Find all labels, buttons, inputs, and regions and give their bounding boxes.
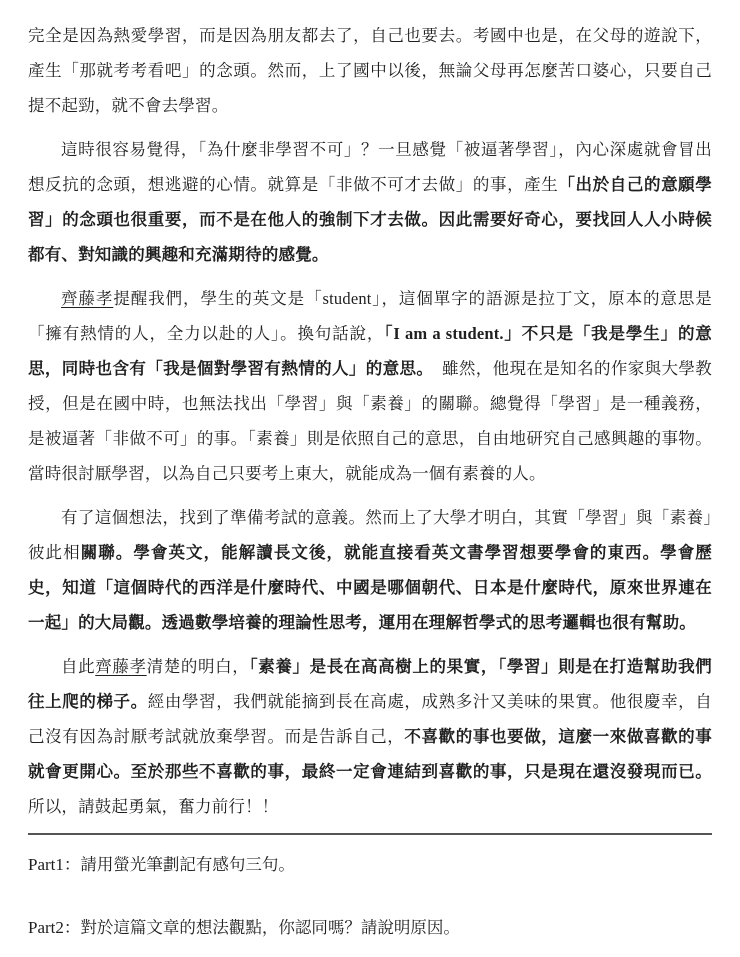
task-list: Part1：請用螢光筆劃記有感句三句。 Part2：對於這篇文章的想法觀點，你認… xyxy=(28,847,712,945)
task-part1-label: Part1 xyxy=(28,855,64,874)
article-body: 完全是因為熱愛學習，而是因為朋友都去了，自己也要去。考國中也是，在父母的遊說下，… xyxy=(28,18,712,824)
task-part2: Part2：對於這篇文章的想法觀點，你認同嗎？請說明原因。 xyxy=(28,910,712,945)
task-part1-colon: ： xyxy=(64,855,81,874)
text-run-normal: 完全是因為熱愛學習，而是因為朋友都去了，自己也要去。考國中也是，在父母的遊說下，… xyxy=(28,26,712,115)
paragraph: 有了這個想法，找到了準備考試的意義。然而上了大學才明白，其實「學習」與「素養」彼… xyxy=(28,500,712,640)
text-run-normal: 所以，請鼓起勇氣，奮力前行！！ xyxy=(28,797,279,816)
text-run-underline: 齊藤孝 xyxy=(61,289,113,308)
section-divider xyxy=(28,833,712,835)
paragraph: 齊藤孝提醒我們，學生的英文是「student」，這個單字的語源是拉丁文，原本的意… xyxy=(28,281,712,491)
text-run-normal: 自此 xyxy=(61,657,95,676)
text-run-bold: 關聯。學會英文，能解讀長文後，就能直接看英文書學習想要學會的東西。學會歷史，知道… xyxy=(28,543,712,632)
text-run-underline: 齊藤孝 xyxy=(95,657,146,676)
document-page: 完全是因為熱愛學習，而是因為朋友都去了，自己也要去。考國中也是，在父母的遊說下，… xyxy=(0,0,740,957)
paragraph: 自此齊藤孝清楚的明白，「素養」是長在高高樹上的果實，「學習」則是在打造幫助我們往… xyxy=(28,649,712,824)
paragraph: 完全是因為熱愛學習，而是因為朋友都去了，自己也要去。考國中也是，在父母的遊說下，… xyxy=(28,18,712,123)
paragraph: 這時很容易覺得，「為什麼非學習不可」？一旦感覺「被逼著學習」，內心深處就會冒出想… xyxy=(28,132,712,272)
text-run-normal: 清楚的明白， xyxy=(147,657,250,676)
task-part2-colon: ： xyxy=(64,918,81,937)
task-part1: Part1：請用螢光筆劃記有感句三句。 xyxy=(28,847,712,882)
task-part1-text: 請用螢光筆劃記有感句三句。 xyxy=(80,855,295,874)
task-part2-label: Part2 xyxy=(28,918,64,937)
task-part2-text: 對於這篇文章的想法觀點，你認同嗎？請說明原因。 xyxy=(80,918,460,937)
